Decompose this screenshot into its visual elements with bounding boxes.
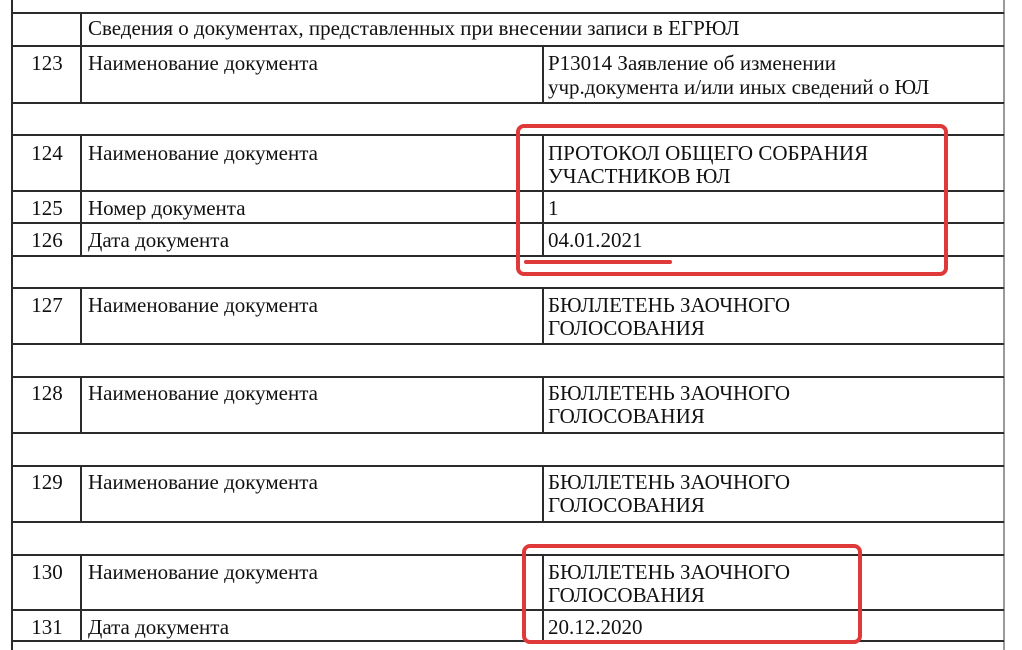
row-divider	[11, 12, 1004, 14]
row-label: Номер документа	[88, 197, 246, 219]
row-value-line: ГОЛОСОВАНИЯ	[548, 405, 705, 427]
highlight-box-ballot	[522, 544, 862, 644]
row-value-line: ГОЛОСОВАНИЯ	[548, 317, 705, 339]
table-left-border	[11, 0, 13, 650]
row-label: Дата документа	[88, 616, 229, 638]
row-divider	[11, 376, 1004, 378]
col-divider	[542, 465, 544, 522]
section-title: Сведения о документах, представленных пр…	[88, 17, 740, 39]
row-divider	[11, 465, 1004, 467]
row-divider	[11, 287, 1004, 289]
row-number: 126	[13, 229, 81, 251]
row-value-line: БЮЛЛЕТЕНЬ ЗАОЧНОГО	[548, 471, 790, 493]
row-label: Наименование документа	[88, 561, 318, 583]
row-number: 131	[13, 616, 81, 638]
col-divider	[542, 376, 544, 433]
row-divider	[11, 521, 1004, 523]
row-value-line: ГОЛОСОВАНИЯ	[548, 494, 705, 516]
row-number: 129	[13, 471, 81, 493]
row-divider	[11, 102, 1004, 104]
row-divider	[11, 45, 1004, 47]
row-value-line: Р13014 Заявление об изменении	[548, 52, 836, 74]
row-label: Наименование документа	[88, 52, 318, 74]
row-number: 125	[13, 197, 81, 219]
row-value-line: БЮЛЛЕТЕНЬ ЗАОЧНОГО	[548, 382, 790, 404]
row-number: 130	[13, 561, 81, 583]
row-divider	[11, 343, 1004, 345]
row-value-line: учр.документа и/или иных сведений о ЮЛ	[548, 76, 929, 98]
row-number: 124	[13, 142, 81, 164]
row-label: Дата документа	[88, 229, 229, 251]
row-label: Наименование документа	[88, 471, 318, 493]
row-number: 128	[13, 382, 81, 404]
highlight-underline-date	[524, 260, 672, 264]
row-number: 127	[13, 294, 81, 316]
row-number: 123	[13, 52, 81, 74]
row-label: Наименование документа	[88, 142, 318, 164]
highlight-box-protocol	[516, 124, 948, 276]
row-label: Наименование документа	[88, 382, 318, 404]
row-divider	[11, 432, 1004, 434]
row-value-line: БЮЛЛЕТЕНЬ ЗАОЧНОГО	[548, 294, 790, 316]
col-divider	[542, 287, 544, 344]
page-right-edge	[1003, 0, 1005, 650]
row-label: Наименование документа	[88, 294, 318, 316]
col-divider	[542, 45, 544, 103]
